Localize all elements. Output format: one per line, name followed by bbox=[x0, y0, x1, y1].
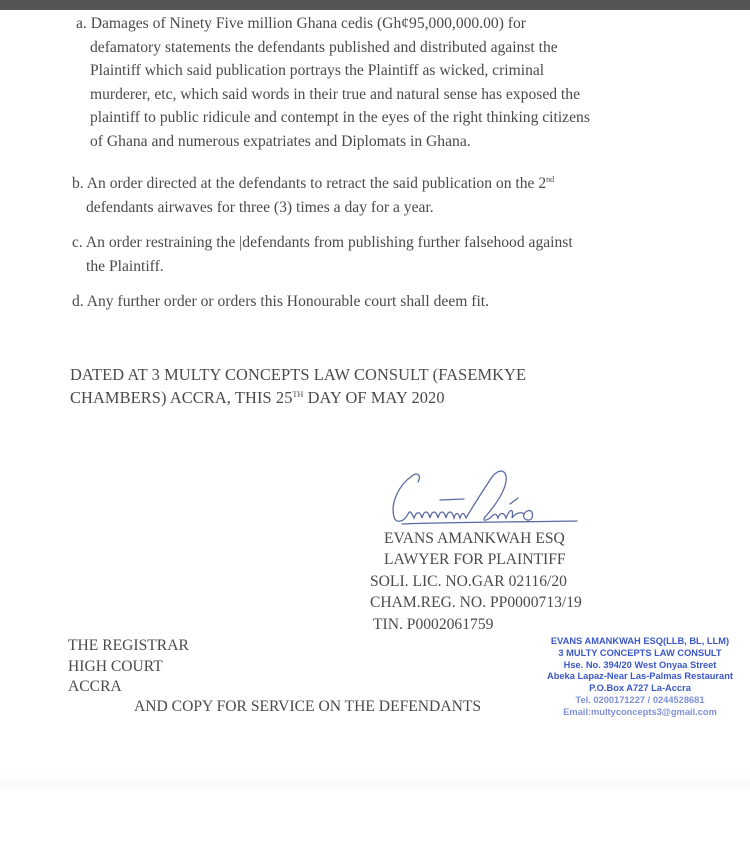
relief-marker: c. bbox=[72, 234, 83, 251]
ordinal-suffix: nd bbox=[546, 175, 554, 184]
copy-for-service: AND COPY FOR SERVICE ON THE DEFENDANTS bbox=[134, 698, 481, 716]
tin-number: TIN. P0002061759 bbox=[370, 614, 582, 635]
signatory-role: LAWYER FOR PLAINTIFF bbox=[370, 549, 582, 570]
relief-text: murderer, etc, which said words in their… bbox=[76, 83, 590, 107]
relief-text: An order restraining the |defendants fro… bbox=[86, 234, 573, 251]
relief-text: plaintiff to public ridicule and contemp… bbox=[76, 106, 590, 130]
relief-marker: d. bbox=[72, 293, 84, 310]
relief-text: An order directed at the defendants to r… bbox=[87, 175, 546, 192]
signatory-block: EVANS AMANKWAH ESQ LAWYER FOR PLAINTIFF … bbox=[370, 528, 582, 635]
relief-d: d. Any further order or orders this Hono… bbox=[72, 290, 489, 314]
solicitor-license: SOLI. LIC. NO.GAR 02116/20 bbox=[370, 571, 582, 592]
relief-marker: b. bbox=[72, 175, 84, 192]
law-firm-stamp: EVANS AMANKWAH ESQ(LLB, BL, LLM) 3 MULTY… bbox=[535, 636, 745, 719]
handwritten-signature-icon bbox=[372, 462, 592, 532]
relief-text: Plaintiff which said publication portray… bbox=[76, 59, 590, 83]
relief-c: c. An order restraining the |defendants … bbox=[72, 231, 573, 278]
dated-statement: DATED AT 3 MULTY CONCEPTS LAW CONSULT (F… bbox=[70, 363, 526, 409]
relief-text: Damages of Ninety Five million Ghana ced… bbox=[91, 15, 526, 32]
relief-b: b. An order directed at the defendants t… bbox=[72, 172, 554, 219]
page-edge-shadow bbox=[0, 770, 750, 794]
chamber-registration: CHAM.REG. NO. PP0000713/19 bbox=[370, 592, 582, 613]
signatory-name: EVANS AMANKWAH ESQ bbox=[370, 528, 582, 549]
relief-text: Any further order or orders this Honoura… bbox=[87, 293, 489, 310]
relief-text: defamatory statements the defendants pub… bbox=[76, 36, 590, 60]
relief-text: defendants airwaves for three (3) times … bbox=[72, 196, 554, 220]
relief-text: the Plaintiff. bbox=[72, 255, 573, 279]
addressee-block: THE REGISTRAR HIGH COURT ACCRA bbox=[68, 636, 189, 698]
relief-a: a. Damages of Ninety Five million Ghana … bbox=[76, 12, 590, 154]
document-page: a. Damages of Ninety Five million Ghana … bbox=[0, 0, 750, 850]
relief-text: of Ghana and numerous expatriates and Di… bbox=[76, 130, 590, 154]
relief-marker: a. bbox=[76, 15, 87, 32]
